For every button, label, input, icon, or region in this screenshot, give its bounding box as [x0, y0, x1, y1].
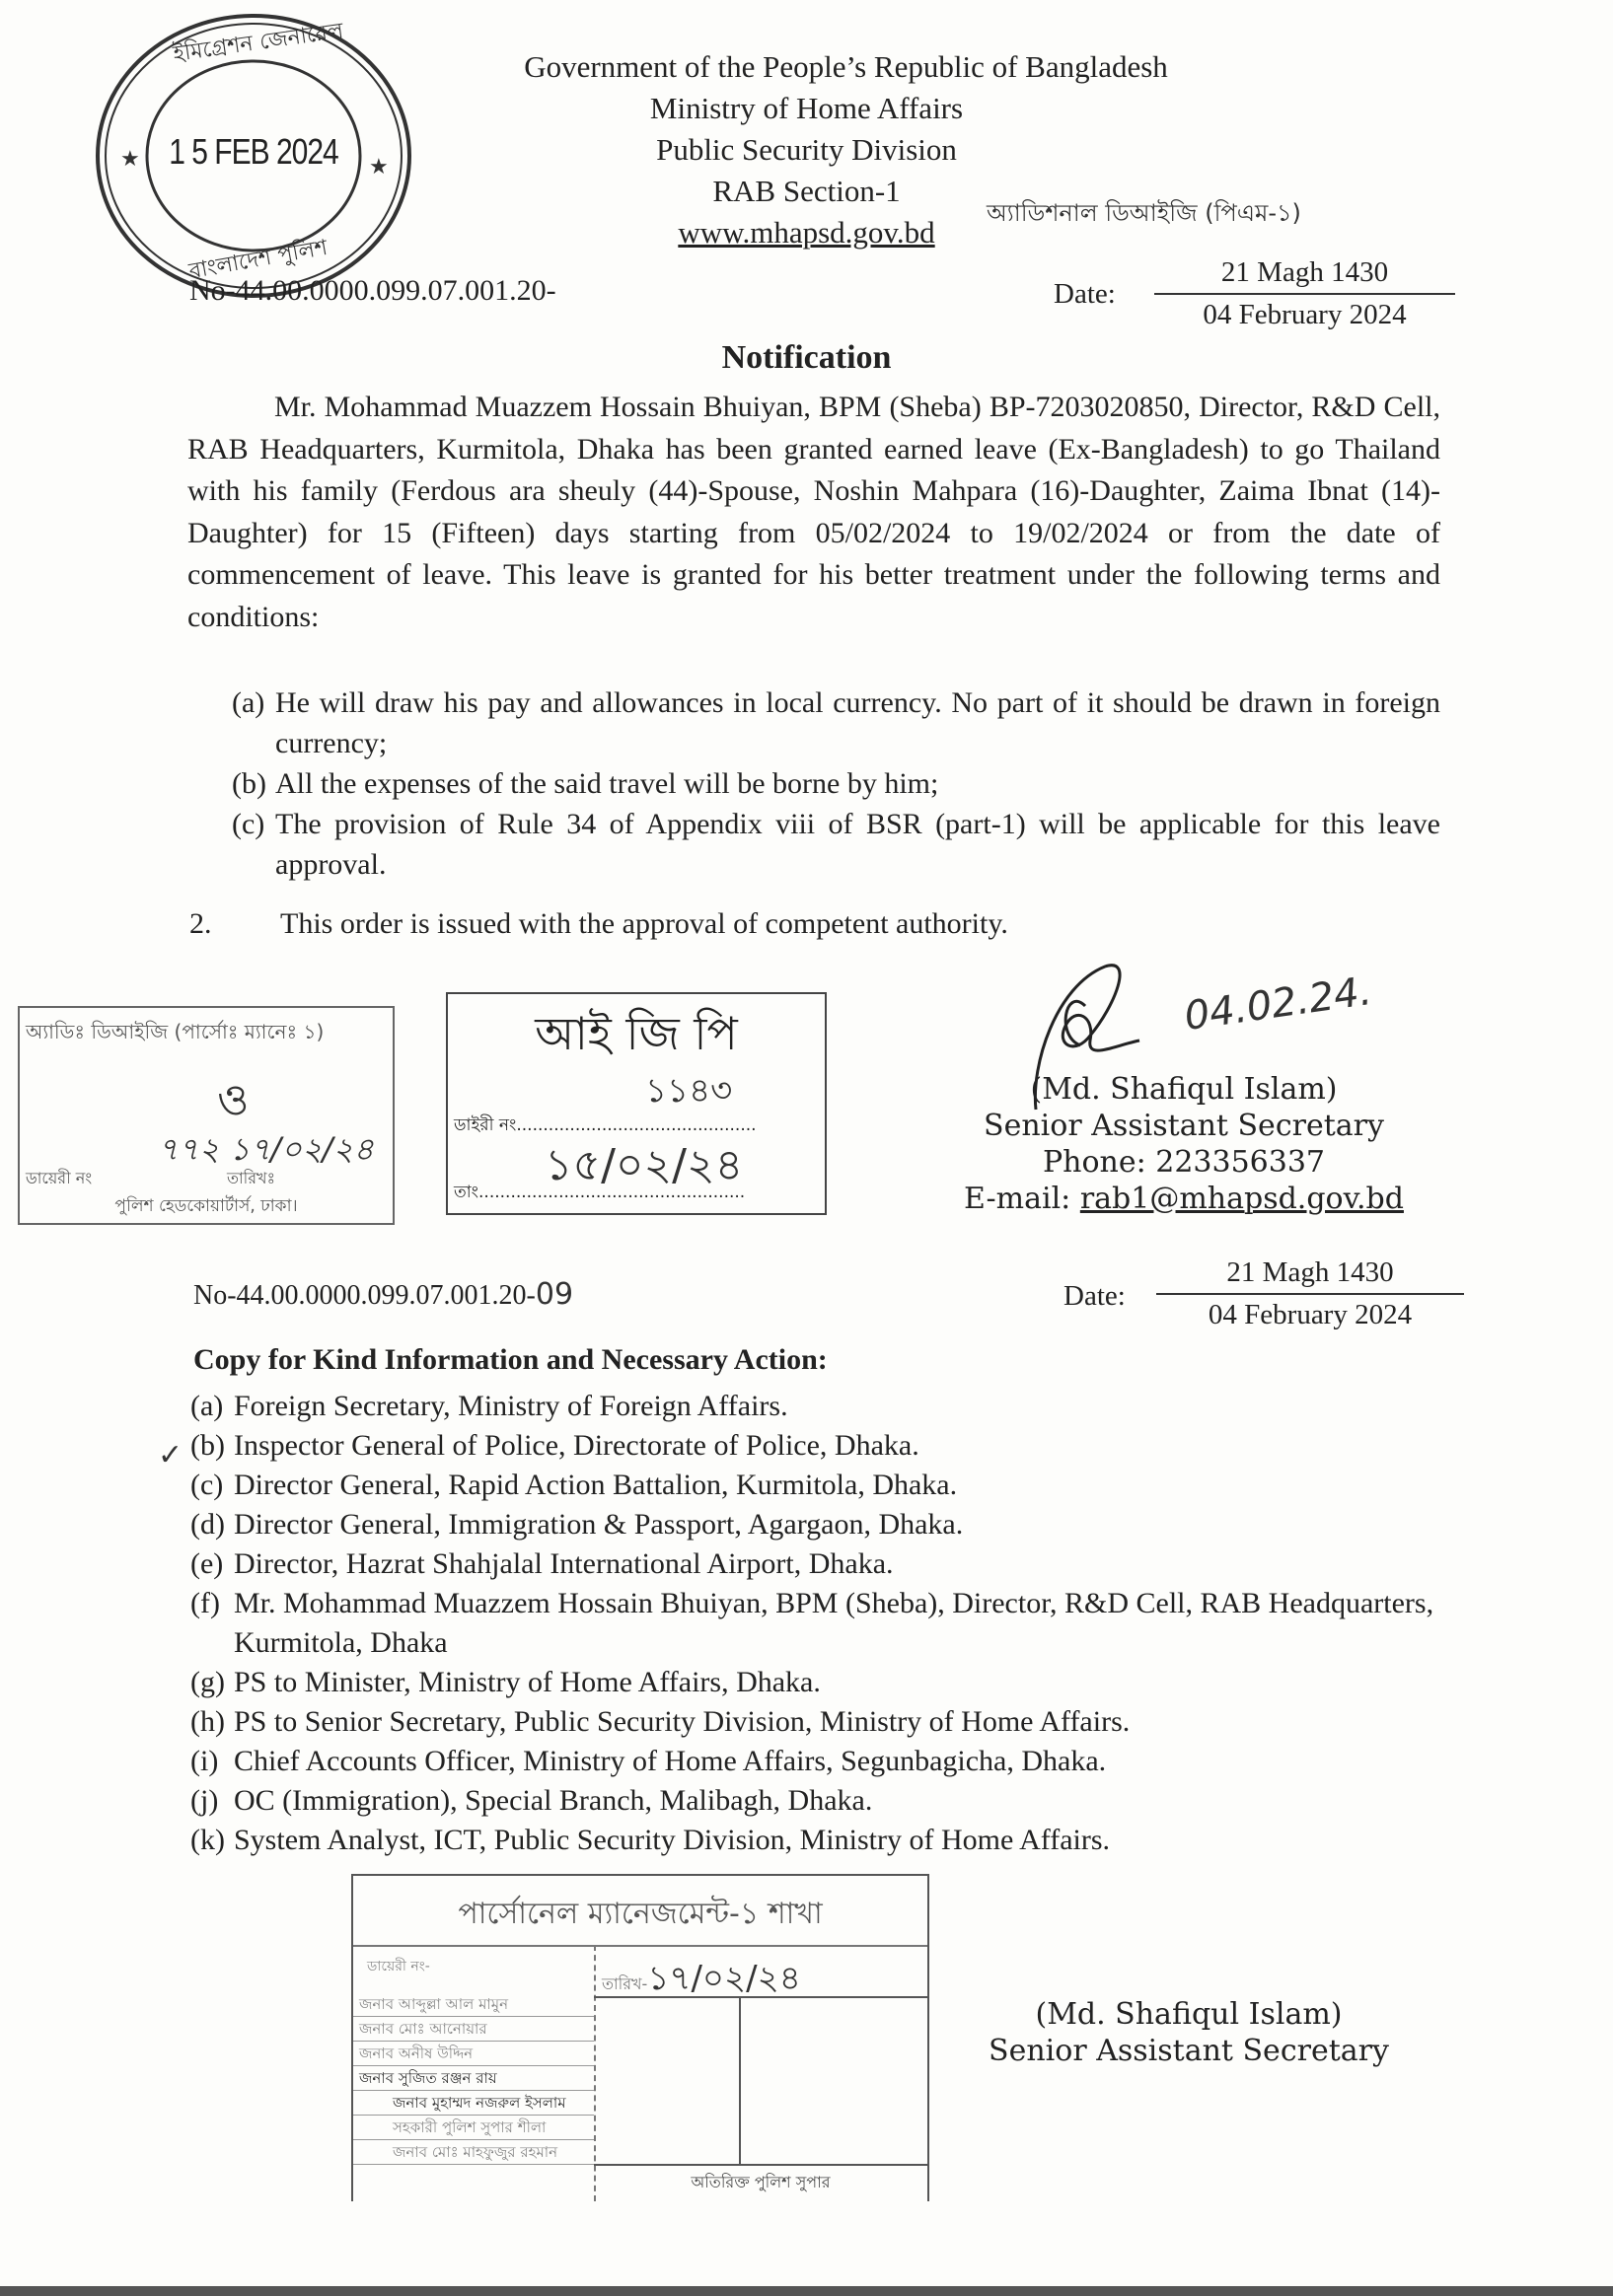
branch-date-field: তারিখ-১৭/০২/২৪	[602, 1953, 801, 2009]
signatory-bottom-designation: Senior Assistant Secretary	[972, 2033, 1406, 2069]
branch-officer-name: জনাব মোঃ মাহফুজুর রহমান	[353, 2140, 594, 2165]
copy-reference-number: No-44.00.0000.099.07.001.20-09	[193, 1277, 573, 1312]
copy-recipient-item: (h)PS to Senior Secretary, Public Securi…	[190, 1702, 1473, 1742]
igp-stamp-title: আই জি পি	[448, 1000, 825, 1075]
signatory-block: (Md. Shafiqul Islam) Senior Assistant Se…	[957, 1071, 1411, 1217]
copy-date-fraction: 21 Magh 1430 04 February 2024	[1156, 1256, 1464, 1331]
notification-title: Notification	[0, 339, 1613, 377]
igp-receipt-stamp: আই জি পি ১১৪৩ ডাইরী নং..................…	[446, 992, 827, 1215]
igp-date-field: তাং.....................................…	[454, 1180, 745, 1207]
copy-recipient-item: (g)PS to Minister, Ministry of Home Affa…	[190, 1663, 1473, 1702]
tick-mark-icon: ✓	[158, 1438, 183, 1472]
handwritten-memo-suffix: 09	[536, 1277, 573, 1312]
branch-officer-name: জনাব আব্দুল্লা আল মামুন	[353, 1992, 594, 2017]
copy-date-gregorian: 04 February 2024	[1156, 1295, 1464, 1331]
signatory-email-link[interactable]: rab1@mhapsd.gov.bd	[1080, 1182, 1404, 1216]
signatory-bottom-name: (Md. Shafiqul Islam)	[972, 1996, 1406, 2033]
signatory-email-line: E-mail: rab1@mhapsd.gov.bd	[957, 1181, 1411, 1217]
term-item: (b) All the expenses of the said travel …	[232, 763, 1440, 804]
handwritten-branch-date: ১৭/০২/২৪	[647, 1959, 800, 1998]
copy-date-bangla-calendar: 21 Magh 1430	[1156, 1256, 1464, 1295]
branch-diary-label: ডায়েরী নং-	[367, 1955, 430, 1978]
notification-body-text: Mr. Mohammad Muazzem Hossain Bhuiyan, BP…	[187, 391, 1440, 633]
copy-recipient-item: (f)Mr. Mohammad Muazzem Hossain Bhuiyan,…	[190, 1584, 1473, 1663]
branch-officer-name: সহকারী পুলিশ সুপার শীলা	[353, 2116, 594, 2140]
signatory-name: (Md. Shafiqul Islam)	[957, 1071, 1411, 1108]
branch-officer-name: জনাব সুজিত রঞ্জন রায়	[353, 2066, 594, 2091]
diary-field-label: ডায়েরী নং	[26, 1166, 92, 1192]
branch-stamp-footer: অতিরিক্ত পুলিশ সুপার	[594, 2170, 927, 2196]
date-bangla-calendar: 21 Magh 1430	[1154, 256, 1455, 295]
signatory-bottom-block: (Md. Shafiqul Islam) Senior Assistant Se…	[972, 1996, 1406, 2069]
addl-dig-stamp-footer: পুলিশ হেডকোয়ার্টার্স, ঢাকা।	[20, 1193, 393, 1221]
letterhead-ministry: Ministry of Home Affairs	[0, 89, 1613, 128]
copy-recipient-list: (a)Foreign Secretary, Ministry of Foreig…	[190, 1387, 1473, 1860]
copy-recipient-item: (c)Director General, Rapid Action Battal…	[190, 1466, 1473, 1505]
terms-list: (a) He will draw his pay and allowances …	[232, 682, 1440, 885]
scan-bottom-edge	[0, 2286, 1613, 2296]
reference-number: No-44.00.0000.099.07.001.20-	[189, 274, 556, 308]
branch-officer-list: জনাব আব্দুল্লা আল মামুনজনাব মোঃ আনোয়ারজ…	[353, 1992, 594, 2165]
letterhead-section: RAB Section-1	[0, 172, 1613, 211]
date-label: Date:	[1054, 278, 1116, 311]
handwritten-signature-date: 04.02.24.	[1182, 969, 1374, 1040]
copy-recipient-item: (k)System Analyst, ICT, Public Security …	[190, 1821, 1473, 1860]
letterhead-website-link[interactable]: www.mhapsd.gov.bd	[0, 213, 1613, 252]
term-item: (a) He will draw his pay and allowances …	[232, 682, 1440, 763]
bangla-forwarding-note: অ্যাডিশনাল ডিআইজি (পিএম-১)	[987, 195, 1301, 235]
point-2-number: 2.	[189, 907, 212, 941]
branch-officer-name: জনাব অনীষ উদ্দিন	[353, 2042, 594, 2066]
copy-section-heading: Copy for Kind Information and Necessary …	[193, 1343, 828, 1377]
date-gregorian: 04 February 2024	[1154, 295, 1455, 331]
copy-recipient-item: (e)Director, Hazrat Shahjalal Internatio…	[190, 1544, 1473, 1584]
branch-officer-name: জনাব মোঃ আনোয়ার	[353, 2017, 594, 2042]
copy-recipient-item: (j)OC (Immigration), Special Branch, Mal…	[190, 1781, 1473, 1821]
term-item: (c) The provision of Rule 34 of Appendix…	[232, 804, 1440, 885]
date-fraction: 21 Magh 1430 04 February 2024	[1154, 256, 1455, 331]
signatory-phone: Phone: 223356337	[957, 1144, 1411, 1181]
addl-dig-receipt-stamp: অ্যাডিঃ ডিআইজি (পার্সোঃ ম্যানেঃ ১) ও ৭৭২…	[18, 1006, 395, 1225]
copy-recipient-item: (b)Inspector General of Police, Director…	[190, 1426, 1473, 1466]
branch-receipt-stamp: পার্সোনেল ম্যানেজমেন্ট-১ শাখা ডায়েরী নং…	[351, 1874, 929, 2201]
date-field-label: তারিখঃ	[227, 1166, 275, 1192]
branch-stamp-title: পার্সোনেল ম্যানেজমেন্ট-১ শাখা	[353, 1890, 927, 1940]
signatory-designation: Senior Assistant Secretary	[957, 1108, 1411, 1144]
letterhead-government: Government of the People’s Republic of B…	[39, 47, 1613, 87]
letterhead-division: Public Security Division	[0, 130, 1613, 170]
addl-dig-stamp-title: অ্যাডিঃ ডিআইজি (পার্সোঃ ম্যানেঃ ১)	[26, 1018, 324, 1050]
copy-recipient-item: (a)Foreign Secretary, Ministry of Foreig…	[190, 1387, 1473, 1426]
copy-recipient-item: (i)Chief Accounts Officer, Ministry of H…	[190, 1742, 1473, 1781]
point-2-text: This order is issued with the approval o…	[280, 907, 1008, 941]
copy-date-label: Date:	[1063, 1280, 1126, 1313]
branch-officer-name: জনাব মুহাম্মদ নজরুল ইসলাম	[353, 2091, 594, 2116]
copy-recipient-item: (d)Director General, Immigration & Passp…	[190, 1505, 1473, 1544]
notification-body: Mr. Mohammad Muazzem Hossain Bhuiyan, BP…	[187, 387, 1440, 638]
